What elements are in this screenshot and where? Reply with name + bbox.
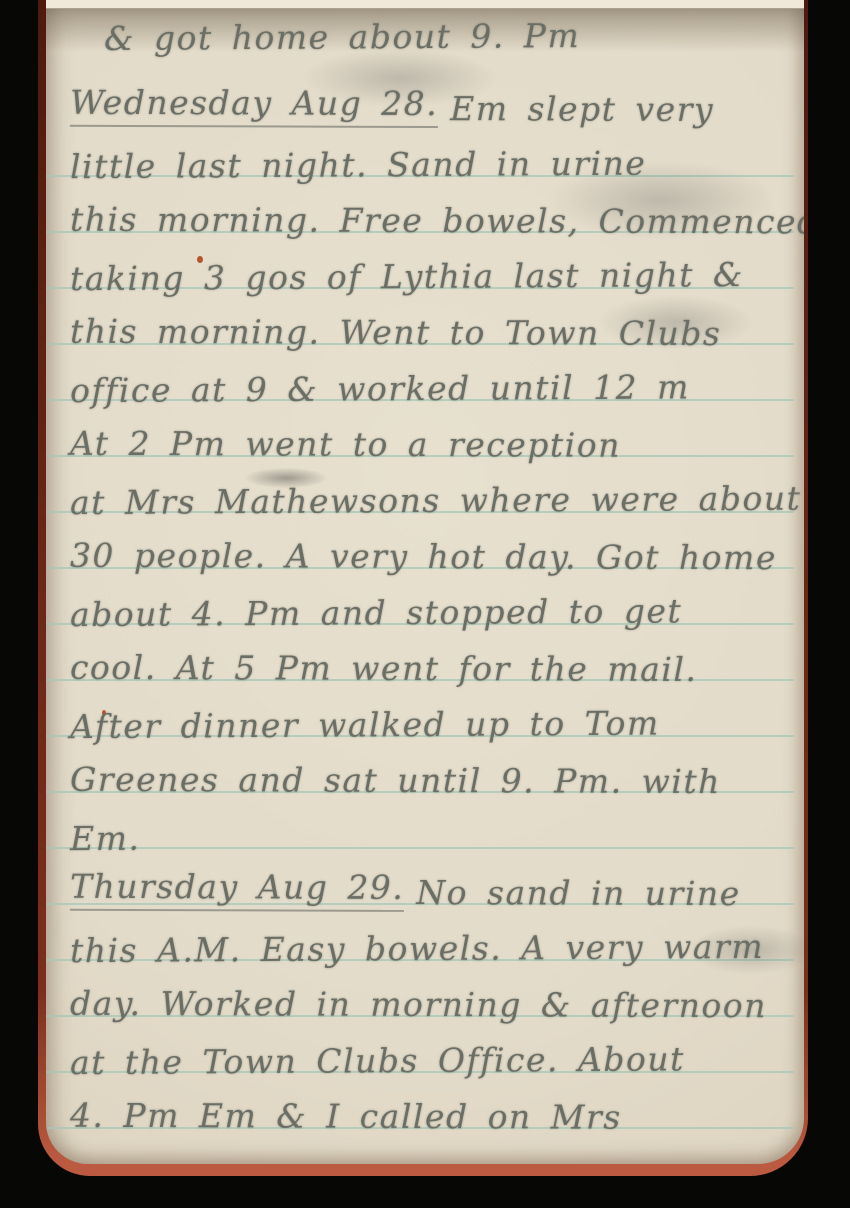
diary-line: little last night. Sand in urine	[46, 130, 804, 187]
diary-line: day. Worked in morning & afternoon	[46, 971, 804, 1026]
diary-line: & got home about 9. Pm	[46, 2, 804, 59]
diary-line: office at 9 & worked until 12 m	[46, 354, 804, 411]
photo-background: { "colors": { "background": "#070706", "…	[0, 0, 850, 1208]
diary-line: 30 people. A very hot day. Got home	[46, 523, 804, 578]
diary-line-text: At 2 Pm went to a reception	[70, 424, 621, 465]
diary-line: 4. Pm Em & I called on Mrs	[46, 1083, 804, 1138]
diary-line: cool. At 5 Pm went for the mail.	[46, 635, 804, 690]
notebook-page: & got home about 9. Pm Wednesday Aug 28.…	[46, 0, 804, 1164]
diary-line: At 2 Pm went to a reception	[46, 411, 804, 466]
diary-line: at Mrs Mathewsons where were about	[46, 466, 804, 523]
diary-line-text: Greenes and sat until 9. Pm. with	[70, 760, 721, 801]
diary-line-text: little last night. Sand in urine	[70, 144, 647, 187]
diary-line: this morning. Went to Town Clubs	[46, 299, 804, 354]
diary-line: Greenes and sat until 9. Pm. with	[46, 747, 804, 802]
diary-line: Wednesday Aug 28. Em slept very	[46, 75, 804, 130]
diary-line-text: No sand in urine	[416, 873, 741, 913]
diary-line-text: about 4. Pm and stopped to get	[70, 591, 682, 634]
diary-line: at the Town Clubs Office. About	[46, 1026, 804, 1083]
diary-line-text: cool. At 5 Pm went for the mail.	[70, 648, 698, 689]
diary-line-text: 30 people. A very hot day. Got home	[70, 536, 777, 577]
diary-line-text: office at 9 & worked until 12 m	[70, 367, 690, 410]
diary-line-text: at Mrs Mathewsons where were about	[70, 479, 801, 522]
diary-line-text: day. Worked in morning & afternoon	[70, 984, 767, 1025]
diary-line: After dinner walked up to Tom	[46, 690, 804, 747]
diary-line: Thursday Aug 29. No sand in urine	[46, 859, 804, 914]
date-heading: Thursday Aug 29.	[70, 867, 404, 912]
diary-line-text: this morning. Went to Town Clubs	[70, 312, 722, 353]
date-heading: Wednesday Aug 28.	[70, 83, 438, 128]
diary-line-text: 4. Pm Em & I called on Mrs	[70, 1096, 622, 1137]
diary-line: Em.	[46, 802, 804, 859]
diary-line-text: this morning. Free bowels, Commenced	[70, 200, 804, 242]
diary-line-text: Em slept very	[450, 89, 714, 129]
diary-line-text: Em.	[70, 819, 141, 858]
diary-line: taking 3 gos of Lythia last night &	[46, 242, 804, 299]
diary-line: about 4. Pm and stopped to get	[46, 578, 804, 635]
diary-line-text: at the Town Clubs Office. About	[70, 1039, 685, 1082]
diary-line-text: After dinner walked up to Tom	[70, 704, 660, 747]
diary-line-text: this A.M. Easy bowels. A very warm	[70, 927, 764, 970]
diary-line-text: & got home about 9. Pm	[104, 16, 580, 58]
diary-line-text: taking 3 gos of Lythia last night &	[70, 255, 744, 298]
diary-line: this A.M. Easy bowels. A very warm	[46, 914, 804, 971]
diary-line: this morning. Free bowels, Commenced	[46, 187, 804, 242]
